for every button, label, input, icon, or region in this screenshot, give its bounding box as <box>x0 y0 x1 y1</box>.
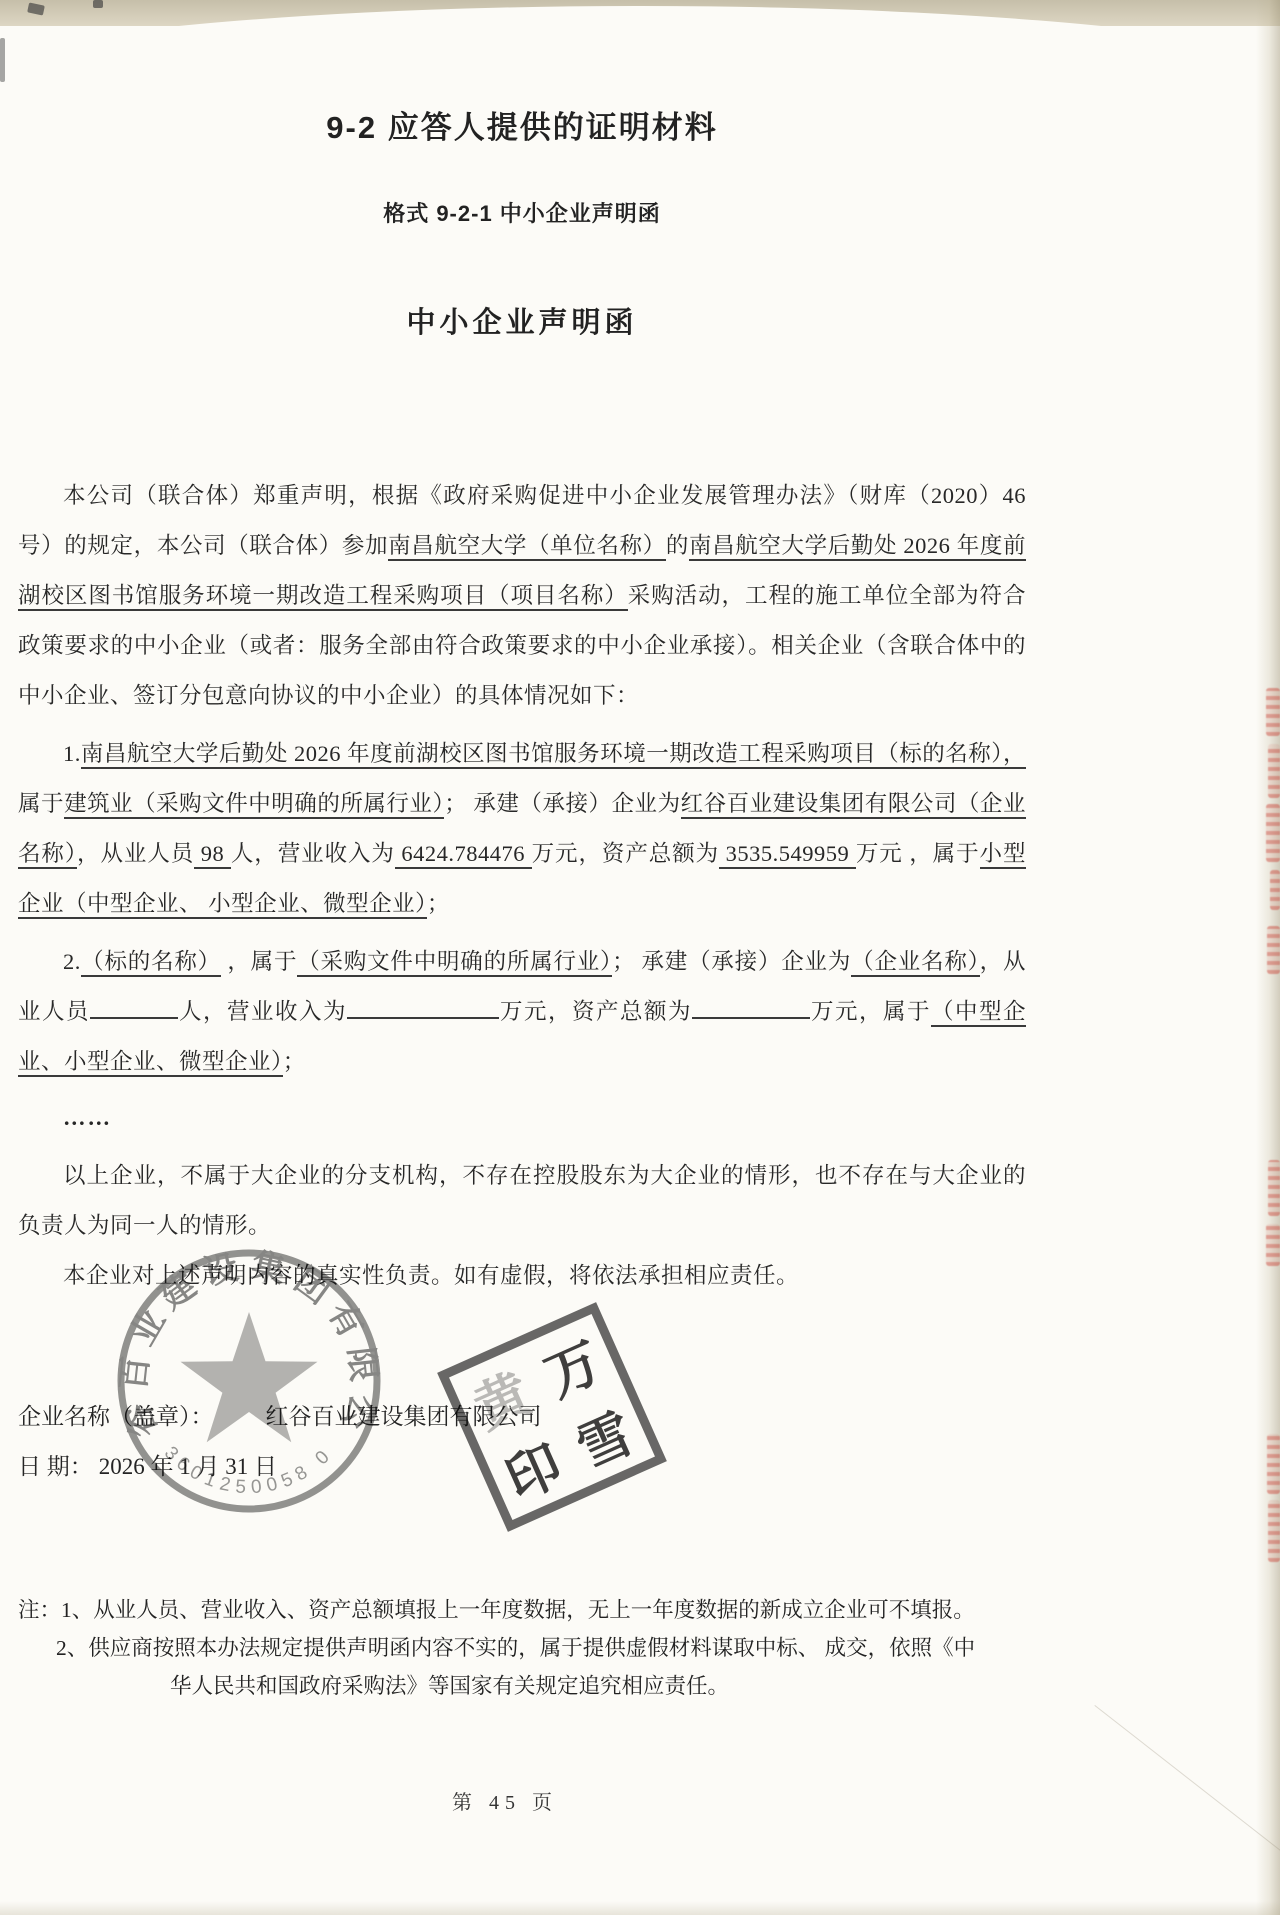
note-line: 华人民共和国政府采购法》等国家有关规定追究相应责任。 <box>18 1667 1026 1705</box>
underlined-field: （标的名称） <box>81 949 221 977</box>
note-text: 1、从业人员、营业收入、资产总额填报上一年度数据，无上一年度数据的新成立企业可不… <box>61 1598 975 1622</box>
note-label: 注： <box>18 1598 61 1622</box>
item-1: 1.南昌航空大学后勤处 2026 年度前湖校区图书馆服务环境一期改造工程采购项目… <box>18 729 1026 929</box>
underlined-field: 建筑业（采购文件中明确的所属行业） <box>64 791 444 819</box>
text-run: 万元，资产总额为 <box>532 841 719 866</box>
red-stamp-fragment <box>1270 870 1280 910</box>
note-line: 注：1、从业人员、营业收入、资产总额填报上一年度数据，无上一年度数据的新成立企业… <box>18 1591 1026 1629</box>
underlined-field: 南昌航空大学（单位名称） <box>388 533 666 561</box>
notes-block: 注：1、从业人员、营业收入、资产总额填报上一年度数据，无上一年度数据的新成立企业… <box>18 1591 1026 1705</box>
blank-field <box>347 997 499 1019</box>
section-title: 9-2 应答人提供的证明材料 <box>18 102 1026 147</box>
text-run: ； 承建（承接）企业为 <box>612 949 851 974</box>
text-run: 万元，属于 <box>810 999 931 1024</box>
intro-paragraph: 本公司（联合体）郑重声明，根据《政府采购促进中小企业发展管理办法》（财库（202… <box>18 471 1026 721</box>
underlined-field: 98 <box>194 841 231 869</box>
note-line: 2、供应商按照本办法规定提供声明函内容不实的，属于提供虚假材料谋取中标、 成交，… <box>18 1629 1026 1667</box>
text-run: 以上企业，不属于大企业的分支机构，不存在控股股东为大企业的情形，也不存在与大企业… <box>18 1163 1026 1238</box>
underlined-field: 3535.549959 <box>719 841 856 869</box>
underlined-field: （企业名称） <box>851 949 980 977</box>
red-stamp-fragment <box>1266 688 1280 736</box>
underlined-field: 6424.784476 <box>395 841 532 869</box>
blank-field <box>692 997 810 1019</box>
scan-crease-line <box>1094 1705 1280 1872</box>
text-run: ； <box>283 1049 306 1074</box>
text-run: ，从业人员 <box>77 841 194 866</box>
red-stamp-fragment <box>1268 1160 1280 1216</box>
format-label: 格式 9-2-1 中小企业声明函 <box>18 197 1026 228</box>
text-run: 的 <box>666 533 689 558</box>
ellipsis: …… <box>18 1093 1026 1143</box>
seal-star-icon <box>181 1312 318 1442</box>
date-label: 日 期： <box>18 1454 93 1479</box>
text-run: …… <box>63 1105 112 1130</box>
text-run: 人，营业收入为 <box>231 841 395 866</box>
text-run: 1. <box>63 741 81 766</box>
text-run: ，属于 <box>221 949 297 974</box>
text-run: 万元 ，属于 <box>856 841 980 866</box>
red-stamp-fragment <box>1266 1224 1280 1266</box>
doc-title: 中小企业声明函 <box>18 300 1026 341</box>
underlined-field: 南昌航空大学后勤处 2026 年度前湖校区图书馆服务环境一期改造工程采购项目（标… <box>81 741 1026 769</box>
underlined-field: （采购文件中明确的所属行业） <box>297 949 612 977</box>
declaration-body: 本公司（联合体）郑重声明，根据《政府采购促进中小企业发展管理办法》（财库（202… <box>18 471 1026 1301</box>
scanned-page: 9-2 应答人提供的证明材料 格式 9-2-1 中小企业声明函 中小企业声明函 … <box>0 0 1280 1915</box>
red-stamp-fragment <box>1267 926 1280 974</box>
binding-mark <box>0 38 5 82</box>
company-seal: 红谷百业建设集团有限公司 3601250058 0 <box>110 1242 388 1520</box>
no-large-enterprise-paragraph: 以上企业，不属于大企业的分支机构，不存在控股股东为大企业的情形，也不存在与大企业… <box>18 1151 1026 1251</box>
text-run: 人，营业收入为 <box>178 999 347 1024</box>
red-stamp-fragment <box>1268 744 1280 798</box>
text-run: ； 承建（承接）企业为 <box>444 791 680 816</box>
text-run: 属于 <box>18 791 64 816</box>
page-number: 第 45 页 <box>0 1786 1010 1815</box>
item-2: 2.（标的名称） ，属于（采购文件中明确的所属行业）； 承建（承接）企业为（企业… <box>18 937 1026 1087</box>
text-run: 2. <box>63 949 81 974</box>
scan-bottom-edge <box>0 1901 1280 1915</box>
red-stamp-fragment <box>1266 804 1280 862</box>
text-run: ； <box>427 891 450 916</box>
blank-field <box>90 997 178 1019</box>
red-stamp-fragment <box>1268 1500 1280 1562</box>
red-stamp-fragment <box>1267 1434 1280 1494</box>
text-run: 万元，资产总额为 <box>499 999 692 1024</box>
